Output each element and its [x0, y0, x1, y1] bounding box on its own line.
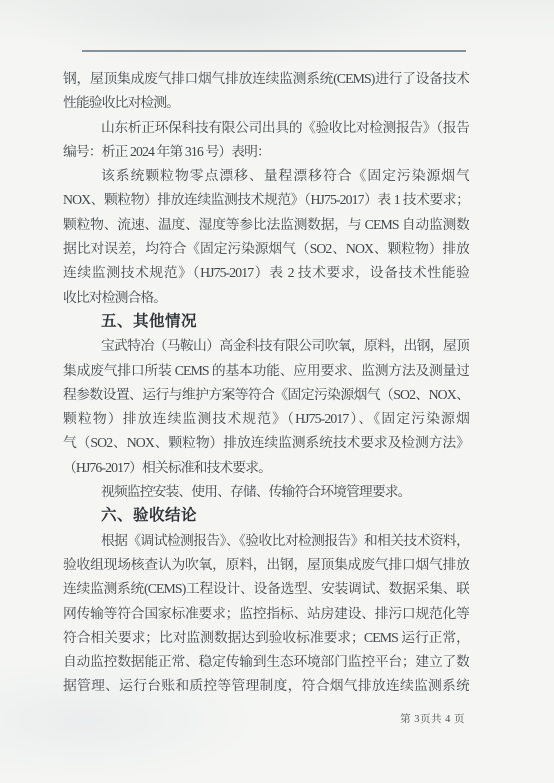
- section-heading: 六、验收结论: [63, 504, 469, 528]
- text-line: 网传输等符合国家标准要求；监控指标、站房建设、排污口规范化等: [63, 602, 469, 626]
- text-line: 据比对误差，均符合《固定污染源烟气（SO2、NOX、颗粒物）排放: [63, 237, 469, 261]
- text-line: （HJ76-2017）相关标准和技术要求。: [63, 456, 469, 480]
- text-line: 连续监测技术规范》（HJ75-2017）表 2 技术要求，设备技术性能验: [63, 261, 469, 285]
- text-line: 钢，屋顶集成废气排口烟气排放连续监测系统(CEMS)进行了设备技术: [63, 67, 469, 91]
- text-line: 视频监控安装、使用、存储、传输符合环境管理要求。: [63, 480, 469, 504]
- text-line: 颗粒物）排放连续监测技术规范》（HJ75-2017）、《固定污染源烟: [63, 407, 469, 431]
- document-page: 钢，屋顶集成废气排口烟气排放连续监测系统(CEMS)进行了设备技术性能验收比对检…: [0, 0, 554, 783]
- text-line: 气（SO2、NOX、颗粒物）排放连续监测系统技术要求及检测方法》: [63, 431, 469, 455]
- text-line: 符合相关要求；比对监测数据达到验收标准要求；CEMS 运行正常，: [63, 626, 469, 650]
- text-line: 性能验收比对检测。: [63, 91, 469, 115]
- document-body: 钢，屋顶集成废气排口烟气排放连续监测系统(CEMS)进行了设备技术性能验收比对检…: [63, 67, 469, 699]
- section-heading: 五、其他情况: [63, 310, 469, 334]
- text-line: NOX、颗粒物）排放连续监测技术规范》（HJ75-2017）表 1 技术要求；: [63, 188, 469, 212]
- header-separator-line: [82, 50, 466, 52]
- text-line: 编号：析正 2024 年第 316 号）表明：: [63, 140, 469, 164]
- text-line: 集成废气排口所装 CEMS 的基本功能、应用要求、监测方法及测量过: [63, 359, 469, 383]
- text-line: 颗粒物、流速、温度、湿度等参比法监测数据，与 CEMS 自动监测数: [63, 213, 469, 237]
- text-line: 自动监控数据能正常、稳定传输到生态环境部门监控平台；建立了数: [63, 650, 469, 674]
- text-line: 收比对检测合格。: [63, 286, 469, 310]
- text-line: 程参数设置、运行与维护方案等符合《固定污染源烟气（SO2、NOX、: [63, 383, 469, 407]
- page-number: 第 3页共 4 页: [63, 711, 465, 726]
- text-line: 根据《调试检测报告》、《验收比对检测报告》和相关技术资料，: [63, 529, 469, 553]
- text-line: 该系统颗粒物零点漂移、量程漂移符合《固定污染源烟气（SO2、: [63, 164, 469, 188]
- text-line: 连续监测系统(CEMS)工程设计、设备选型、安装调试、数据采集、联: [63, 577, 469, 601]
- text-line: 验收组现场核查认为吹氧，原料，出钢，屋顶集成废气排口烟气排放: [63, 553, 469, 577]
- text-line: 山东析正环保科技有限公司出具的《验收比对检测报告》（报告: [63, 116, 469, 140]
- text-line: 据管理、运行台账和质控等管理制度，符合烟气排放连续监测系统: [63, 674, 469, 698]
- text-line: 宝武特冶（马鞍山）高金科技有限公司吹氧，原料，出钢，屋顶: [63, 334, 469, 358]
